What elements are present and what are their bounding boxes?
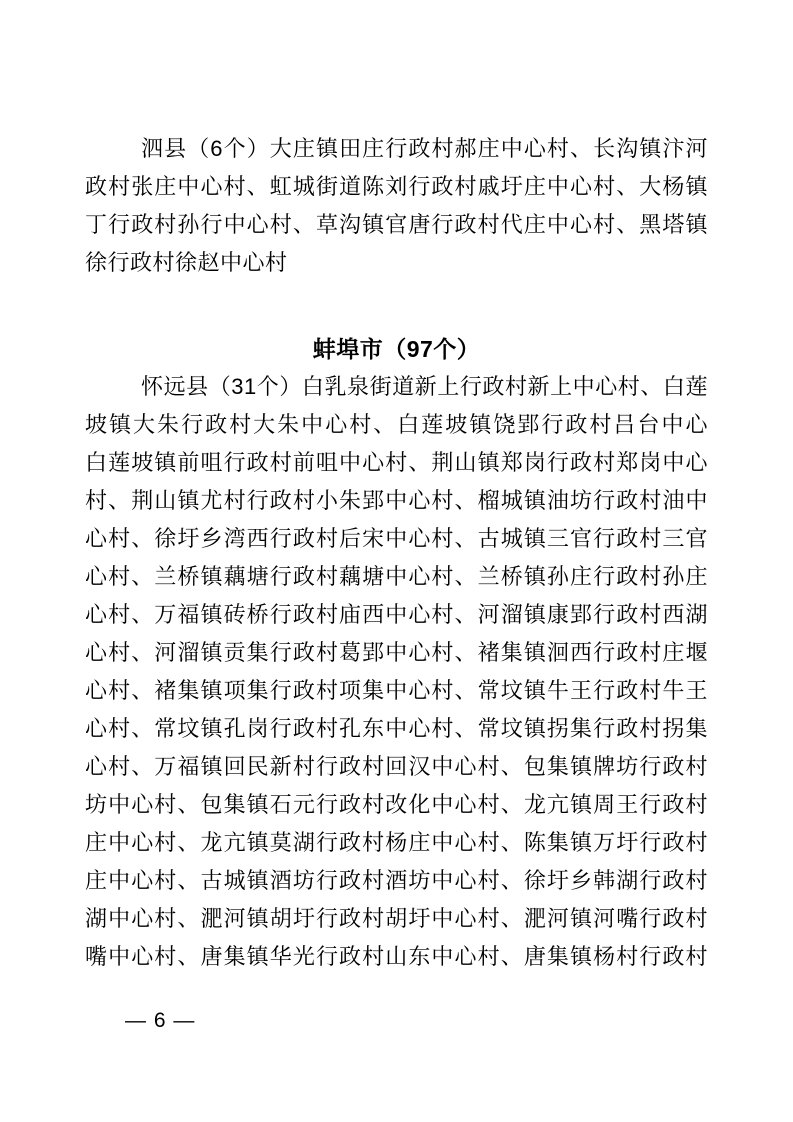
paragraph-huaiyuan: 怀远县（31个）白乳泉街道新上行政村新上中心村、白莲 坡镇大朱行政村大朱中心村、… (85, 368, 708, 976)
text-line: 怀远县（31个）白乳泉街道新上行政村新上中心村、白莲 (85, 368, 708, 406)
text-line: 白莲坡镇前咀行政村前咀中心村、荆山镇郑岗行政村郑岗中心 (85, 444, 708, 482)
text-line: 湖中心村、淝河镇胡圩行政村胡圩中心村、淝河镇河嘴行政村河 (85, 900, 708, 938)
paragraph-sixian: 泗县（6个）大庄镇田庄行政村郝庄中心村、长沟镇汴河行 政村张庄中心村、虹城街道陈… (85, 130, 708, 282)
text-line: 泗县（6个）大庄镇田庄行政村郝庄中心村、长沟镇汴河行 (85, 130, 708, 168)
text-line: 坊中心村、包集镇石元行政村改化中心村、龙亢镇周王行政村王 (85, 786, 708, 824)
text-line: 心村、河溜镇贡集行政村葛郢中心村、褚集镇洄西行政村庄堰中 (85, 634, 708, 672)
text-line: 心村、万福镇砖桥行政村庙西中心村、河溜镇康郢行政村西湖中 (85, 596, 708, 634)
text-line: 坡镇大朱行政村大朱中心村、白莲坡镇饶郢行政村吕台中心村、 (85, 406, 708, 444)
text-line: 心村、褚集镇项集行政村项集中心村、常坟镇牛王行政村牛王中 (85, 672, 708, 710)
text-line: 嘴中心村、唐集镇华光行政村山东中心村、唐集镇杨村行政村东 (85, 938, 708, 976)
text-line: 庄中心村、古城镇酒坊行政村酒坊中心村、徐圩乡韩湖行政村张 (85, 862, 708, 900)
text-line: 村、荆山镇尤村行政村小朱郢中心村、榴城镇油坊行政村油中中 (85, 482, 708, 520)
text-line: 心村、万福镇回民新村行政村回汉中心村、包集镇牌坊行政村牌 (85, 748, 708, 786)
text-line: 徐行政村徐赵中心村 (85, 244, 708, 282)
document-page: 泗县（6个）大庄镇田庄行政村郝庄中心村、长沟镇汴河行 政村张庄中心村、虹城街道陈… (0, 0, 793, 1122)
text-line: 丁行政村孙行中心村、草沟镇官唐行政村代庄中心村、黑塔镇韩 (85, 206, 708, 244)
text-line: 心村、兰桥镇藕塘行政村藕塘中心村、兰桥镇孙庄行政村孙庄中 (85, 558, 708, 596)
section-heading-bengbu: 蚌埠市（97个） (85, 330, 708, 368)
text-line: 心村、常坟镇孔岗行政村孔东中心村、常坟镇拐集行政村拐集中 (85, 710, 708, 748)
text-line: 庄中心村、龙亢镇莫湖行政村杨庄中心村、陈集镇万圩行政村刘 (85, 824, 708, 862)
page-number: — 6 — (85, 1006, 708, 1036)
text-line: 政村张庄中心村、虹城街道陈刘行政村戚圩庄中心村、大杨镇小 (85, 168, 708, 206)
text-line: 心村、徐圩乡湾西行政村后宋中心村、古城镇三官行政村三官中 (85, 520, 708, 558)
